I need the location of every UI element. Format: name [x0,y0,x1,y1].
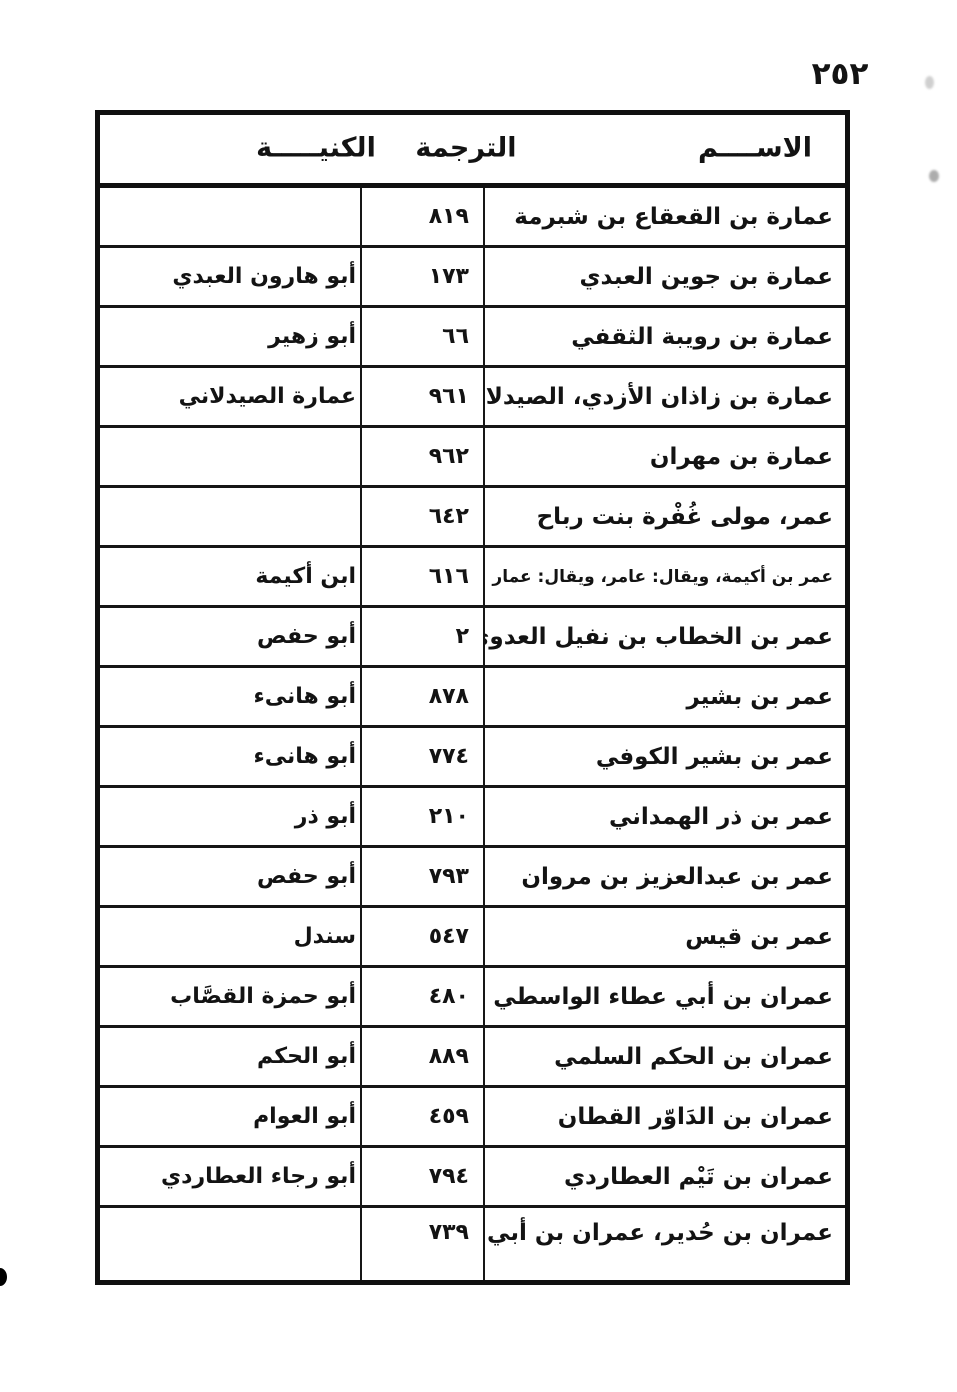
name-cell: عمارة بن زاذان الأزدي، الصيدلاني [485,368,845,425]
entry-number-cell: ٧٩٤ [360,1148,485,1205]
table-row: ٧٣٩ عمران بن حُدير، عمران بن أبي حمزة [100,1208,845,1280]
kunya-cell: أبو هانىء [100,668,360,725]
column-header-kunya: الكنيـــــة [256,132,376,163]
name-cell: عمران بن تَيْم العطاردي [485,1148,845,1205]
table-body: ٨١٩ عمارة بن القعقاع بن شبرمة أبو هارون … [100,188,845,1280]
name-cell: عمر بن أكيمة، ويقال: عامر، ويقال: عمار [485,548,845,605]
table-row: أبو ذر ٢١٠ عمر بن ذر الهمداني [100,788,845,848]
kunya-cell: سندل [100,908,360,965]
entry-number-cell: ٧٧٤ [360,728,485,785]
table-row: أبو هانىء ٨٧٨ عمر بن بشير [100,668,845,728]
entry-number-cell: ٢١٠ [360,788,485,845]
entry-number-cell: ٦١٦ [360,548,485,605]
name-cell: عمارة بن رويبة الثقفي [485,308,845,365]
entry-number-cell: ٥٤٧ [360,908,485,965]
table-row: ٨١٩ عمارة بن القعقاع بن شبرمة [100,188,845,248]
kunya-cell: أبو حفص [100,848,360,905]
entry-number-cell: ٩٦١ [360,368,485,425]
page-number: ٢٥٢ [795,56,885,92]
table-row: ٦٤٢ عمر، مولى غُفْرة بنت رباح [100,488,845,548]
scan-smudge-artifact [929,170,939,182]
entry-number-cell: ١٧٣ [360,248,485,305]
entry-number-cell: ٤٨٠ [360,968,485,1025]
scan-smudge-artifact [925,76,934,89]
table-row: ٩٦٢ عمارة بن مهران [100,428,845,488]
name-cell: عمارة بن جوين العبدي [485,248,845,305]
entry-number-cell: ٧٣٩ [360,1208,485,1280]
kunya-cell [100,488,360,545]
table-row: أبو حفص ٧٩٣ عمر بن عبدالعزيز بن مروان [100,848,845,908]
table-row: أبو الحكم ٨٨٩ عمران بن الحكم السلمي [100,1028,845,1088]
kunya-cell: ابن أكيمة [100,548,360,605]
name-cell: عمر بن عبدالعزيز بن مروان [485,848,845,905]
ink-mark-artifact [0,1268,7,1286]
table-row: أبو حفص ٢ عمر بن الخطاب بن نفيل العدوي [100,608,845,668]
kunya-cell [100,428,360,485]
table-row: أبو هارون العبدي ١٧٣ عمارة بن جوين العبد… [100,248,845,308]
name-cell: عمر بن بشير [485,668,845,725]
entry-number-cell: ٢ [360,608,485,665]
name-cell: عمارة بن القعقاع بن شبرمة [485,188,845,245]
table-row: أبو هانىء ٧٧٤ عمر بن بشير الكوفي [100,728,845,788]
name-cell: عمران بن حُدير، عمران بن أبي حمزة [485,1208,845,1280]
entry-number-cell: ٧٩٣ [360,848,485,905]
table-row: أبو العوام ٤٥٩ عمران بن الدَاوّر القطان [100,1088,845,1148]
kunya-cell: أبو حفص [100,608,360,665]
kunya-cell: أبو زهير [100,308,360,365]
name-cell: عمران بن الدَاوّر القطان [485,1088,845,1145]
column-header-entry-number: الترجمة [415,132,516,163]
table-row: أبو زهير ٦٦ عمارة بن رويبة الثقفي [100,308,845,368]
kunya-cell [100,188,360,245]
table-row: ابن أكيمة ٦١٦ عمر بن أكيمة، ويقال: عامر،… [100,548,845,608]
name-cell: عمر بن الخطاب بن نفيل العدوي [485,608,845,665]
name-cell: عمران بن الحكم السلمي [485,1028,845,1085]
column-header-name: الاســــم [698,132,812,163]
kunya-cell: أبو هارون العبدي [100,248,360,305]
biographical-index-table: الاســــم الترجمة الكنيـــــة ٨١٩ عمارة … [95,110,850,1285]
table-header-row: الاســــم الترجمة الكنيـــــة [100,115,845,188]
kunya-cell: عمارة الصيدلاني [100,368,360,425]
entry-number-cell: ٨١٩ [360,188,485,245]
kunya-cell: أبو رجاء العطاردي [100,1148,360,1205]
kunya-cell [100,1208,360,1280]
entry-number-cell: ٨٧٨ [360,668,485,725]
kunya-cell: أبو حمزة القصَّاب [100,968,360,1025]
kunya-cell: أبو العوام [100,1088,360,1145]
entry-number-cell: ٨٨٩ [360,1028,485,1085]
entry-number-cell: ٦٤٢ [360,488,485,545]
kunya-cell: أبو الحكم [100,1028,360,1085]
name-cell: عمارة بن مهران [485,428,845,485]
table-row: أبو حمزة القصَّاب ٤٨٠ عمران بن أبي عطاء … [100,968,845,1028]
kunya-cell: أبو ذر [100,788,360,845]
scanned-book-page: ٢٥٢ الاســــم الترجمة الكنيـــــة ٨١٩ عم… [0,0,957,1392]
entry-number-cell: ٩٦٢ [360,428,485,485]
entry-number-cell: ٦٦ [360,308,485,365]
table-row: أبو رجاء العطاردي ٧٩٤ عمران بن تَيْم الع… [100,1148,845,1208]
kunya-cell: أبو هانىء [100,728,360,785]
table-row: سندل ٥٤٧ عمر بن قيس [100,908,845,968]
entry-number-cell: ٤٥٩ [360,1088,485,1145]
name-cell: عمر، مولى غُفْرة بنت رباح [485,488,845,545]
table-row: عمارة الصيدلاني ٩٦١ عمارة بن زاذان الأزد… [100,368,845,428]
name-cell: عمر بن ذر الهمداني [485,788,845,845]
name-cell: عمران بن أبي عطاء الواسطي القصَّاب [485,968,845,1025]
name-cell: عمر بن قيس [485,908,845,965]
name-cell: عمر بن بشير الكوفي [485,728,845,785]
